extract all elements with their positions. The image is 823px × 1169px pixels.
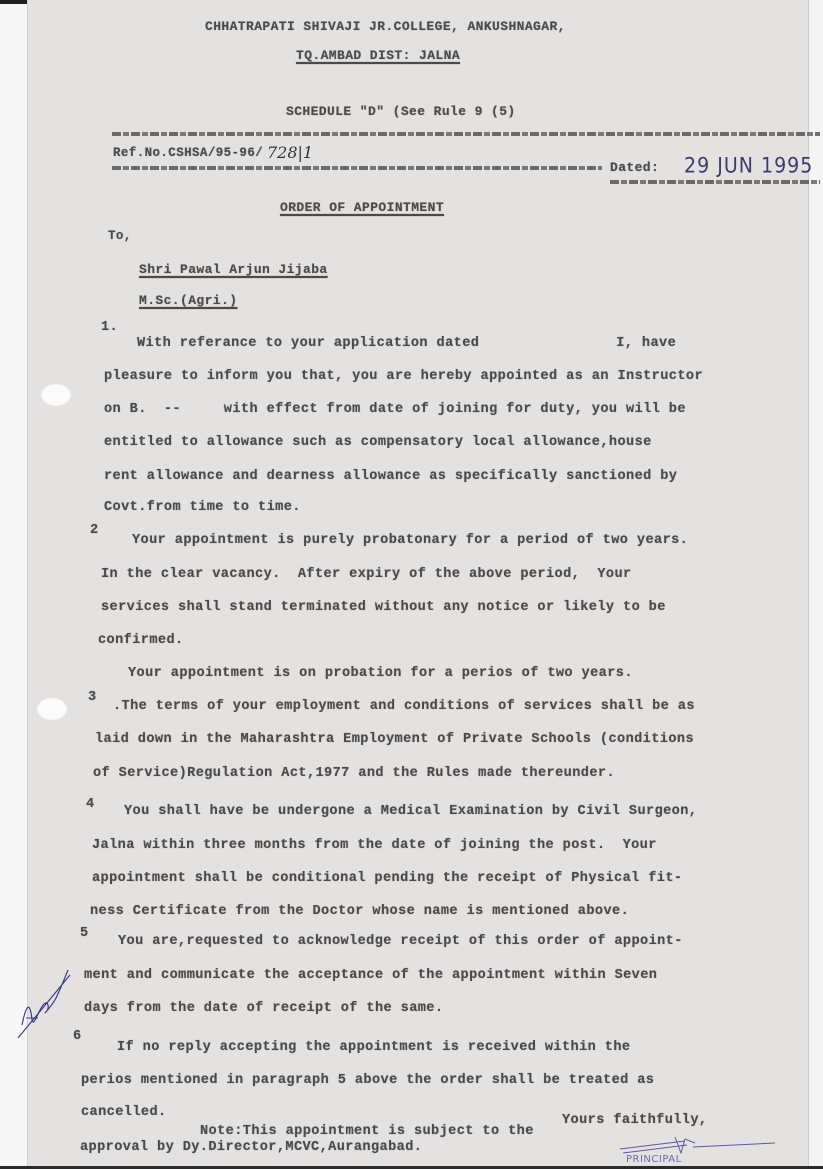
ref-number: Ref.No.CSHSA/95-96/ bbox=[113, 146, 263, 160]
paragraph-line: You shall have be undergone a Medical Ex… bbox=[124, 804, 697, 819]
paragraph-number: 6 bbox=[73, 1029, 82, 1044]
paragraph-line: Your appointment is on probation for a p… bbox=[128, 666, 633, 681]
paragraph-line: With referance to your application dated… bbox=[137, 336, 676, 351]
college-address: TQ.AMBAD DIST: JALNA bbox=[296, 48, 460, 63]
document-title: ORDER OF APPOINTMENT bbox=[280, 200, 444, 215]
paragraph-line: You are,requested to acknowledge receipt… bbox=[118, 934, 683, 949]
scan-edge bbox=[0, 0, 27, 4]
principal-stamp: PRINCIPAL bbox=[626, 1154, 682, 1165]
paragraph-line: ment and communicate the acceptance of t… bbox=[84, 968, 657, 983]
paragraph-line: rent allowance and dearness allowance as… bbox=[104, 469, 677, 484]
schedule-heading: SCHEDULE "D" (See Rule 9 (5) bbox=[286, 104, 516, 119]
paragraph-line: on B. -- with effect from date of joinin… bbox=[104, 402, 686, 417]
paragraph-line: of Service)Regulation Act,1977 and the R… bbox=[93, 766, 615, 781]
paragraph-line: appointment shall be conditional pending… bbox=[92, 871, 682, 886]
paragraph-number: 2 bbox=[90, 523, 99, 538]
paragraph-line: pleasure to inform you that, you are her… bbox=[104, 369, 703, 384]
paragraph-line: entitled to allowance such as compensato… bbox=[104, 435, 652, 450]
paragraph-line: ness Certificate from the Doctor whose n… bbox=[90, 904, 629, 919]
punch-hole bbox=[36, 697, 68, 721]
divider-bottom bbox=[112, 166, 602, 170]
paragraph-line: .The terms of your employment and condit… bbox=[113, 699, 695, 714]
paragraph-line: In the clear vacancy. After expiry of th… bbox=[101, 567, 632, 582]
paragraph-line: If no reply accepting the appointment is… bbox=[117, 1040, 630, 1055]
divider-bottom-right bbox=[610, 180, 820, 184]
divider-top bbox=[112, 132, 820, 136]
paragraph-line: Covt.from time to time. bbox=[104, 500, 301, 515]
punch-hole bbox=[40, 383, 72, 407]
addressee-name: Shri Pawal Arjun Jijaba bbox=[139, 262, 328, 277]
valediction: Yours faithfully, bbox=[562, 1113, 707, 1128]
dated-label: Dated: bbox=[610, 160, 659, 175]
paragraph-line: services shall stand terminated without … bbox=[101, 600, 666, 615]
paragraph-line: confirmed. bbox=[98, 633, 184, 648]
note-line: Note:This appointment is subject to the bbox=[200, 1124, 534, 1139]
note-line: approval by Dy.Director,MCVC,Aurangabad. bbox=[80, 1140, 422, 1155]
date-stamp: 29 JUN 1995 bbox=[684, 154, 813, 178]
paragraph-number: 5 bbox=[80, 926, 89, 941]
paragraph-line: perios mentioned in paragraph 5 above th… bbox=[81, 1073, 654, 1088]
paragraph-line: laid down in the Maharashtra Employment … bbox=[95, 732, 694, 747]
margin-initials-signature bbox=[8, 950, 80, 1045]
paragraph-line: Jalna within three months from the date … bbox=[92, 838, 657, 853]
paragraph-number: 3 bbox=[88, 690, 97, 705]
paragraph-number: 1. bbox=[101, 320, 118, 335]
paragraph-line: cancelled. bbox=[81, 1105, 167, 1120]
paragraph-number: 4 bbox=[86, 797, 95, 812]
paragraph-line: Your appointment is purely probatonary f… bbox=[132, 533, 688, 548]
ref-handwritten-number: 728|1 bbox=[267, 143, 313, 162]
salutation-to: To, bbox=[108, 229, 132, 243]
college-name: CHHATRAPATI SHIVAJI JR.COLLEGE, ANKUSHNA… bbox=[205, 19, 566, 34]
addressee-qualification: M.Sc.(Agri.) bbox=[139, 293, 237, 308]
paragraph-line: days from the date of receipt of the sam… bbox=[84, 1001, 443, 1016]
